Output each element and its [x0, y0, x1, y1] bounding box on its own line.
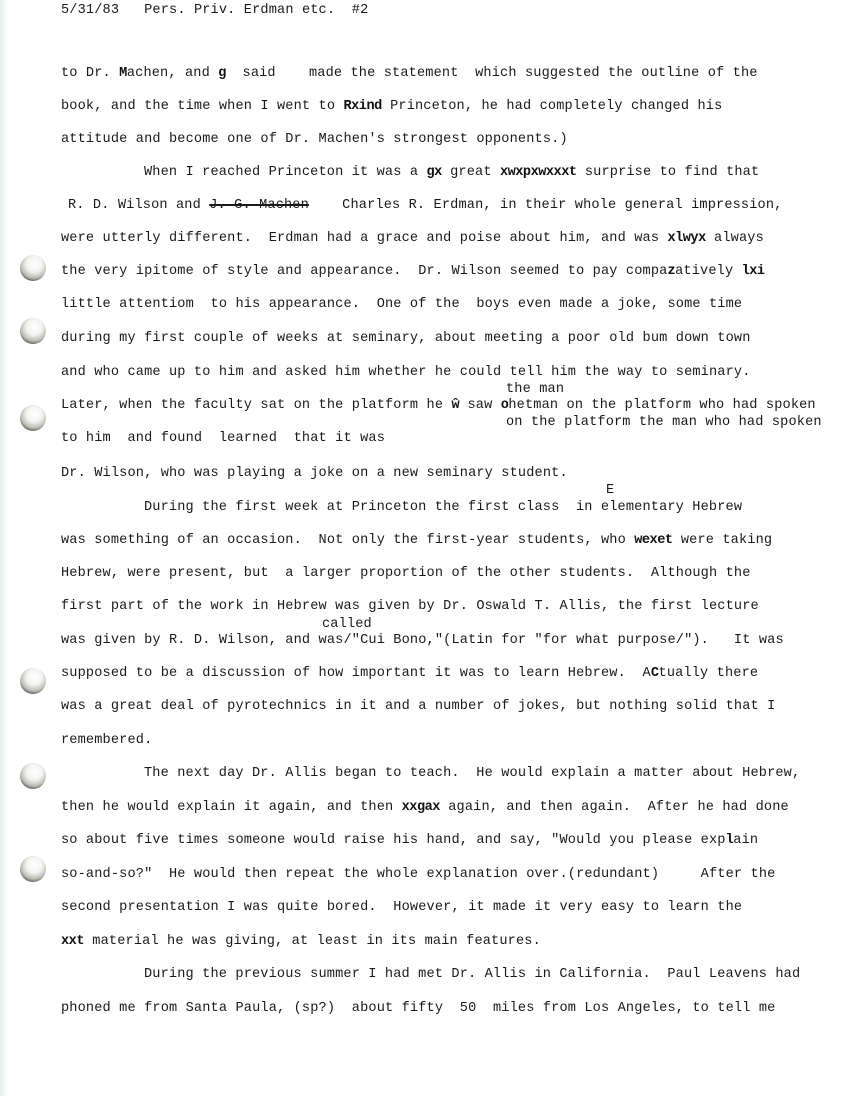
- text-line: were utterly different. Erdman had a gra…: [61, 231, 764, 247]
- text-line: attitude and become one of Dr. Machen's …: [61, 132, 568, 148]
- text-line: R. D. Wilson and J. G. Machen Charles R.…: [68, 198, 782, 214]
- binder-hole-icon: [20, 318, 46, 344]
- interlinear-insertion: the man: [506, 382, 564, 398]
- typed-over-word: xwxpxwxxxt: [500, 165, 577, 180]
- binder-hole-icon: [20, 856, 46, 882]
- text-line: little attentiom to his appearance. One …: [61, 297, 742, 313]
- text-line: Dr. Wilson, who was playing a joke on a …: [61, 466, 568, 482]
- text-line: and who came up to him and asked him whe…: [61, 365, 751, 381]
- typed-over-word: Rxind: [343, 99, 381, 114]
- text-line: then he would explain it again, and then…: [61, 800, 789, 816]
- text-line: Hebrew, were present, but a larger propo…: [61, 566, 751, 582]
- text-line: to Dr. Machen, and g said made the state…: [61, 66, 758, 82]
- struck-out-name: J. G. Machen: [209, 198, 309, 213]
- text-line: supposed to be a discussion of how impor…: [61, 666, 758, 682]
- page-edge-shadow: [0, 0, 8, 1096]
- interlinear-insertion: on the platform the man who had spoken: [506, 415, 822, 431]
- text-line: xxt material he was giving, at least in …: [61, 934, 541, 950]
- text-line: was given by R. D. Wilson, and was/"Cui …: [61, 633, 784, 649]
- text-line: first part of the work in Hebrew was giv…: [61, 599, 759, 615]
- interlinear-insertion: E: [606, 483, 614, 499]
- text-line: Later, when the faculty sat on the platf…: [61, 398, 816, 414]
- text-line: so about five times someone would raise …: [61, 833, 758, 849]
- interlinear-insertion: called: [322, 617, 372, 633]
- text-line: was a great deal of pyrotechnics in it a…: [61, 699, 775, 715]
- typed-over-word: xlwyx: [667, 231, 705, 246]
- page-header: 5/31/83 Pers. Priv. Erdman etc. #2: [61, 3, 368, 19]
- binder-hole-icon: [20, 405, 46, 431]
- text-line: during my first couple of weeks at semin…: [61, 331, 751, 347]
- typed-over-word: xxt: [61, 934, 84, 949]
- text-line: remembered.: [61, 733, 152, 749]
- typed-over-word: xxgax: [402, 800, 440, 815]
- header-date: 5/31/83: [61, 3, 119, 18]
- header-title: Pers. Priv. Erdman etc.: [144, 3, 335, 18]
- text-line: phoned me from Santa Paula, (sp?) about …: [61, 1001, 775, 1017]
- typed-over-word: wexet: [634, 533, 672, 548]
- text-line: the very ipitome of style and appearance…: [61, 264, 765, 280]
- paragraph-start-line: The next day Dr. Allis began to teach. H…: [144, 766, 800, 782]
- paragraph-start-line: When I reached Princeton it was a gx gre…: [144, 165, 759, 181]
- typed-document-page: 5/31/83 Pers. Priv. Erdman etc. #2 to Dr…: [0, 0, 850, 1096]
- binder-hole-icon: [20, 255, 46, 281]
- binder-hole-icon: [20, 668, 46, 694]
- binder-hole-icon: [20, 763, 46, 789]
- header-page-number: #2: [352, 3, 369, 18]
- text-line: was something of an occasion. Not only t…: [61, 533, 772, 549]
- text-line: book, and the time when I went to Rxind …: [61, 99, 722, 115]
- text-line: to him and found learned that it was: [61, 431, 385, 447]
- paragraph-start-line: During the previous summer I had met Dr.…: [144, 967, 800, 983]
- text-line: second presentation I was quite bored. H…: [61, 900, 742, 916]
- text-line: so-and-so?" He would then repeat the who…: [61, 867, 775, 883]
- paragraph-start-line: During the first week at Princeton the f…: [144, 500, 742, 516]
